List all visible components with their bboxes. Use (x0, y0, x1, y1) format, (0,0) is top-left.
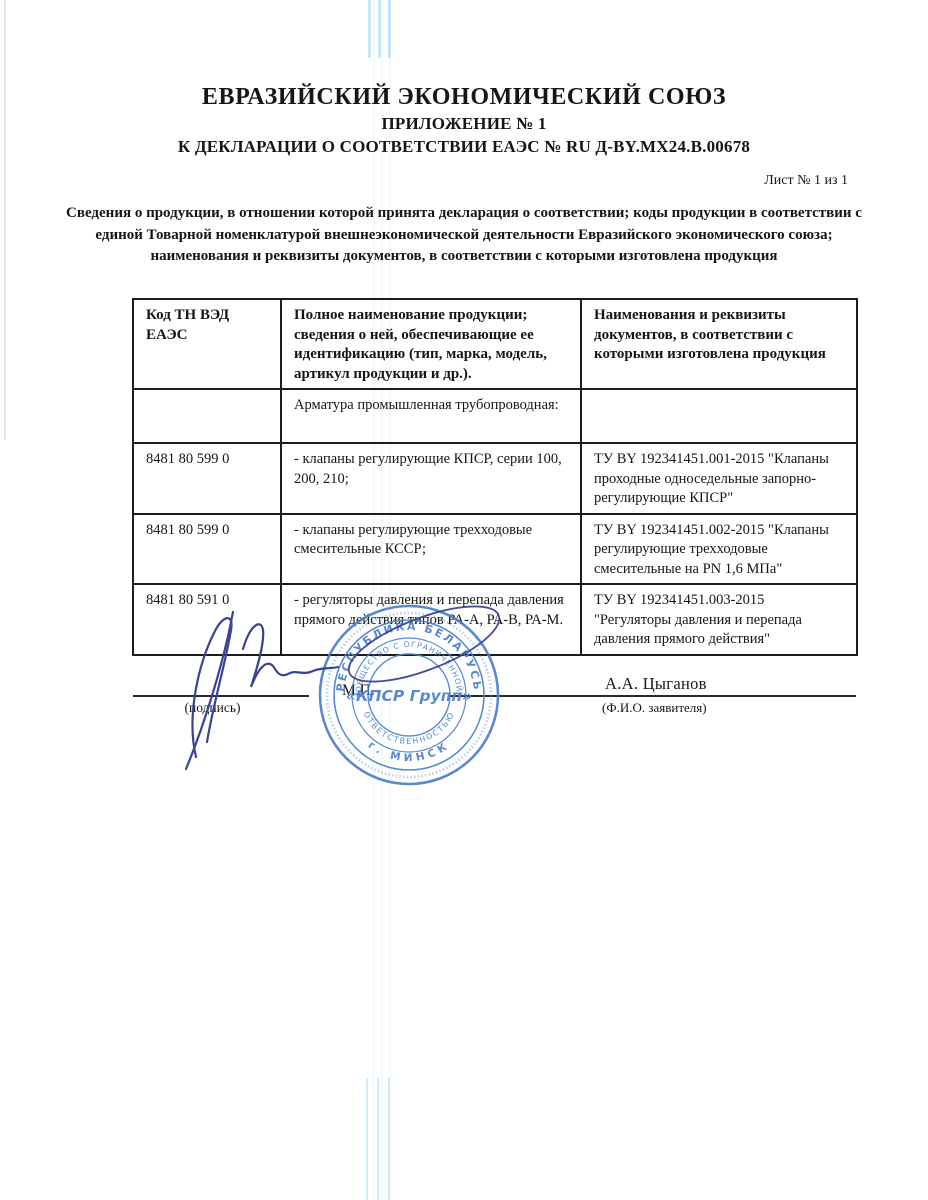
declaration-heading: К ДЕКЛАРАЦИИ О СООТВЕТСТВИИ ЕАЭС № RU Д-… (0, 137, 928, 157)
company-stamp: РЕСПУБЛИКА БЕЛАРУСЬ ОБЩЕСТВО С ОГРАНИЧЕН… (316, 602, 502, 788)
document-page: ЕВРАЗИЙСКИЙ ЭКОНОМИЧЕСКИЙ СОЮЗ ПРИЛОЖЕНИ… (0, 0, 928, 1200)
appendix-heading: ПРИЛОЖЕНИЕ № 1 (0, 114, 928, 134)
cell-product: - клапаны регулирующие трехходовые смеси… (281, 514, 581, 585)
table-row: 8481 80 599 0 - клапаны регулирующие КПС… (133, 443, 857, 514)
page-title: ЕВРАЗИЙСКИЙ ЭКОНОМИЧЕСКИЙ СОЮЗ (0, 84, 928, 111)
sheet-number: Лист № 1 из 1 (764, 173, 848, 189)
stamp-center-text: «КПСР Групп» (346, 687, 472, 705)
scan-streak-top (364, 0, 396, 58)
group-row-label: Арматура промышленная трубопроводная: (281, 389, 581, 443)
applicant-name: А.А. Цыганов (605, 674, 707, 694)
table-row: 8481 80 599 0 - клапаны регулирующие тре… (133, 514, 857, 585)
cell-code: 8481 80 599 0 (133, 514, 281, 585)
cell-code: 8481 80 599 0 (133, 443, 281, 514)
table-group-row: Арматура промышленная трубопроводная: (133, 389, 857, 443)
signature-line-left (133, 695, 309, 697)
cell-docs: ТУ BY 192341451.001-2015 "Клапаны проход… (581, 443, 857, 514)
cell-product: - клапаны регулирующие КПСР, серии 100, … (281, 443, 581, 514)
cell-docs: ТУ BY 192341451.003-2015 "Регуляторы дав… (581, 584, 857, 655)
cell-docs-empty (581, 389, 857, 443)
table-header-docs: Наименования и реквизиты документов, в с… (581, 299, 857, 389)
scan-edge-artifact (4, 0, 6, 440)
cell-code: 8481 80 591 0 (133, 584, 281, 655)
signature-line-right (449, 695, 856, 697)
intro-paragraph: Сведения о продукции, в отношении которо… (66, 203, 862, 268)
cell-docs: ТУ BY 192341451.002-2015 "Клапаны регули… (581, 514, 857, 585)
table-header-product: Полное наименование продукции; сведения … (281, 299, 581, 389)
stamp-ring-inner-top-text: ОБЩЕСТВО С ОГРАНИЧЕННОЙ (354, 640, 464, 693)
table-header-code: Код ТН ВЭД ЕАЭС (133, 299, 281, 389)
scan-streak-bottom (362, 1078, 398, 1200)
fio-label: (Ф.И.О. заявителя) (602, 700, 707, 716)
table-header-row: Код ТН ВЭД ЕАЭС Полное наименование прод… (133, 299, 857, 389)
podpis-label: (подпись) (150, 700, 275, 716)
cell-code-empty (133, 389, 281, 443)
